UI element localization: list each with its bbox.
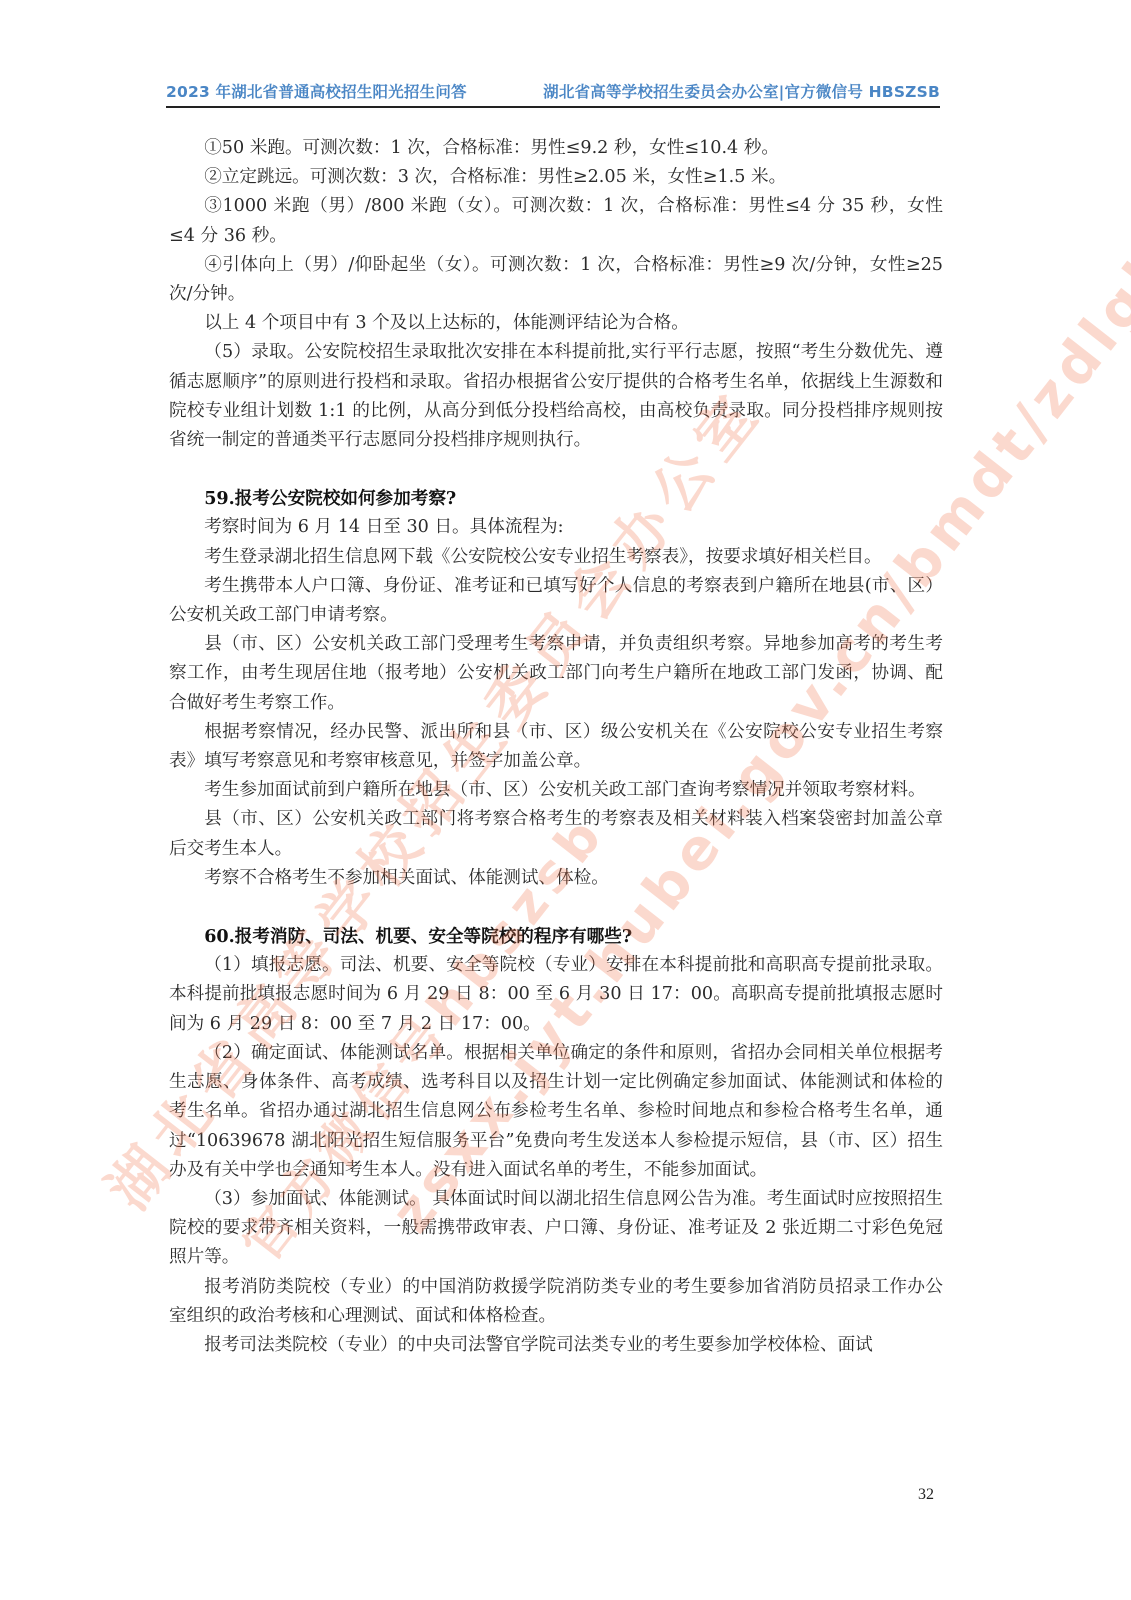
q59-paragraph: 县（市、区）公安机关政工部门受理考生考察申请，并负责组织考察。异地参加高考的考生… [169,630,943,718]
page-header: 2023 年湖北省普通高校招生阳光招生问答 湖北省高等学校招生委员会办公室|官方… [166,80,940,108]
document-page: 2023 年湖北省普通高校招生阳光招生问答 湖北省高等学校招生委员会办公室|官方… [0,0,1131,1600]
header-title: 2023 年湖北省普通高校招生阳光招生问答 [166,80,467,102]
fitness-item-1: ①50 米跑。可测次数：1 次，合格标准：男性≤9.2 秒，女性≤10.4 秒。 [169,134,943,163]
fitness-item-2: ②立定跳远。可测次数：3 次，合格标准：男性≥2.05 米，女性≥1.5 米。 [169,163,943,192]
fitness-conclusion: 以上 4 个项目中有 3 个及以上达标的，体能测评结论为合格。 [169,309,943,338]
q60-paragraph: （3）参加面试、体能测试。 具体面试时间以湖北招生信息网公告为准。考生面试时应按… [169,1185,943,1273]
q59-paragraph: 考生参加面试前到户籍所在地县（市、区）公安机关政工部门查询考察情况并领取考察材料… [169,776,943,805]
q60-paragraph: （2）确定面试、体能测试名单。根据相关单位确定的条件和原则，省招办会同相关单位根… [169,1039,943,1185]
fitness-item-4: ④引体向上（男）/仰卧起坐（女）。可测次数：1 次，合格标准：男性≥9 次/分钟… [169,251,943,309]
question-59-title: 59.报考公安院校如何参加考察? [169,484,943,513]
q60-paragraph: 报考消防类院校（专业）的中国消防救援学院消防类专业的考生要参加省消防员招录工作办… [169,1273,943,1331]
q60-paragraph: （1）填报志愿。司法、机要、安全等院校（专业）安排在本科提前批和高职高专提前批录… [169,951,943,1039]
q59-paragraph: 根据考察情况，经办民警、派出所和县（市、区）级公安机关在《公安院校公安专业招生考… [169,718,943,776]
q59-paragraph: 考生携带本人户口簿、身份证、准考证和已填写好个人信息的考察表到户籍所在地县(市、… [169,572,943,630]
header-publisher: 湖北省高等学校招生委员会办公室|官方微信号 HBSZSB [543,80,940,102]
q59-paragraph: 考察不合格考生不参加相关面试、体能测试、体检。 [169,864,943,893]
q59-paragraph: 考生登录湖北招生信息网下载《公安院校公安专业招生考察表》，按要求填好相关栏目。 [169,543,943,572]
q60-paragraph: 报考司法类院校（专业）的中央司法警官学院司法类专业的考生要参加学校体检、面试 [169,1331,943,1360]
q59-paragraph: 考察时间为 6 月 14 日至 30 日。具体流程为: [169,513,943,542]
admission-paragraph: （5）录取。公安院校招生录取批次安排在本科提前批,实行平行志愿，按照“考生分数优… [169,338,943,455]
page-content: ①50 米跑。可测次数：1 次，合格标准：男性≤9.2 秒，女性≤10.4 秒。… [169,134,943,1360]
q59-paragraph: 县（市、区）公安机关政工部门将考察合格考生的考察表及相关材料装入档案袋密封加盖公… [169,805,943,863]
page-number: 32 [918,1486,934,1504]
question-60-title: 60.报考消防、司法、机要、安全等院校的程序有哪些? [169,922,943,951]
fitness-item-3: ③1000 米跑（男）/800 米跑（女）。可测次数：1 次，合格标准：男性≤4… [169,192,943,250]
